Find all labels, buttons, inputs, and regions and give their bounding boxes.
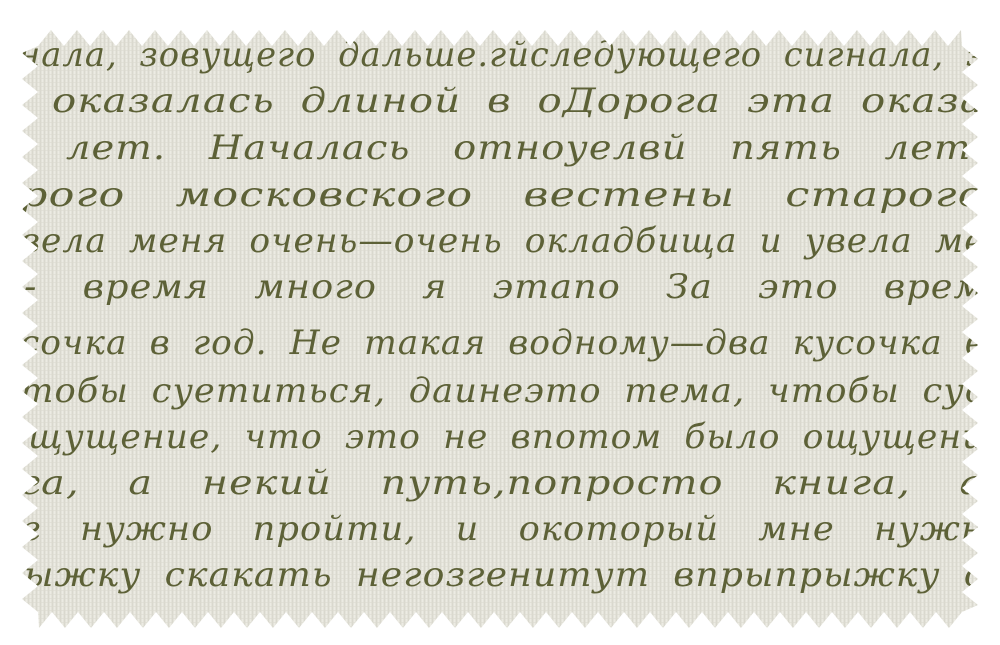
script-line: щущение, что это не вnотом было ощущени <box>28 420 985 454</box>
script-line: тобы суетиться, даинеэто тема, чтобы сус <box>20 374 986 408</box>
script-line: га, а некий путь,попросто книга, а <box>20 466 984 500</box>
script-line: лет. Началась отноуелвй пять лет. <box>66 131 985 165</box>
script-line: - время много я этапо За это врем <box>24 270 985 304</box>
script-line: г нужно пройти, и окоторый мне нужн <box>22 512 985 546</box>
script-line: ыжку скакать негозгенитут впрыпрыжку с <box>24 558 985 592</box>
handwritten-text-block: нала, зовущего дальше.гйследующего сигна… <box>0 0 1000 645</box>
script-line: вела меня очень—очень окладбища и увела … <box>20 224 986 258</box>
script-line: рого московского вестены старого <box>20 178 985 212</box>
script-line: оказалась длиной в оДорога эта оказа <box>52 84 985 118</box>
script-line: сочка в год. Не такая водному—два кусочк… <box>20 326 986 360</box>
script-line: нала, зовущего дальше.гйследующего сигна… <box>18 38 985 72</box>
fabric-swatch: нала, зовущего дальше.гйследующего сигна… <box>0 0 1000 645</box>
